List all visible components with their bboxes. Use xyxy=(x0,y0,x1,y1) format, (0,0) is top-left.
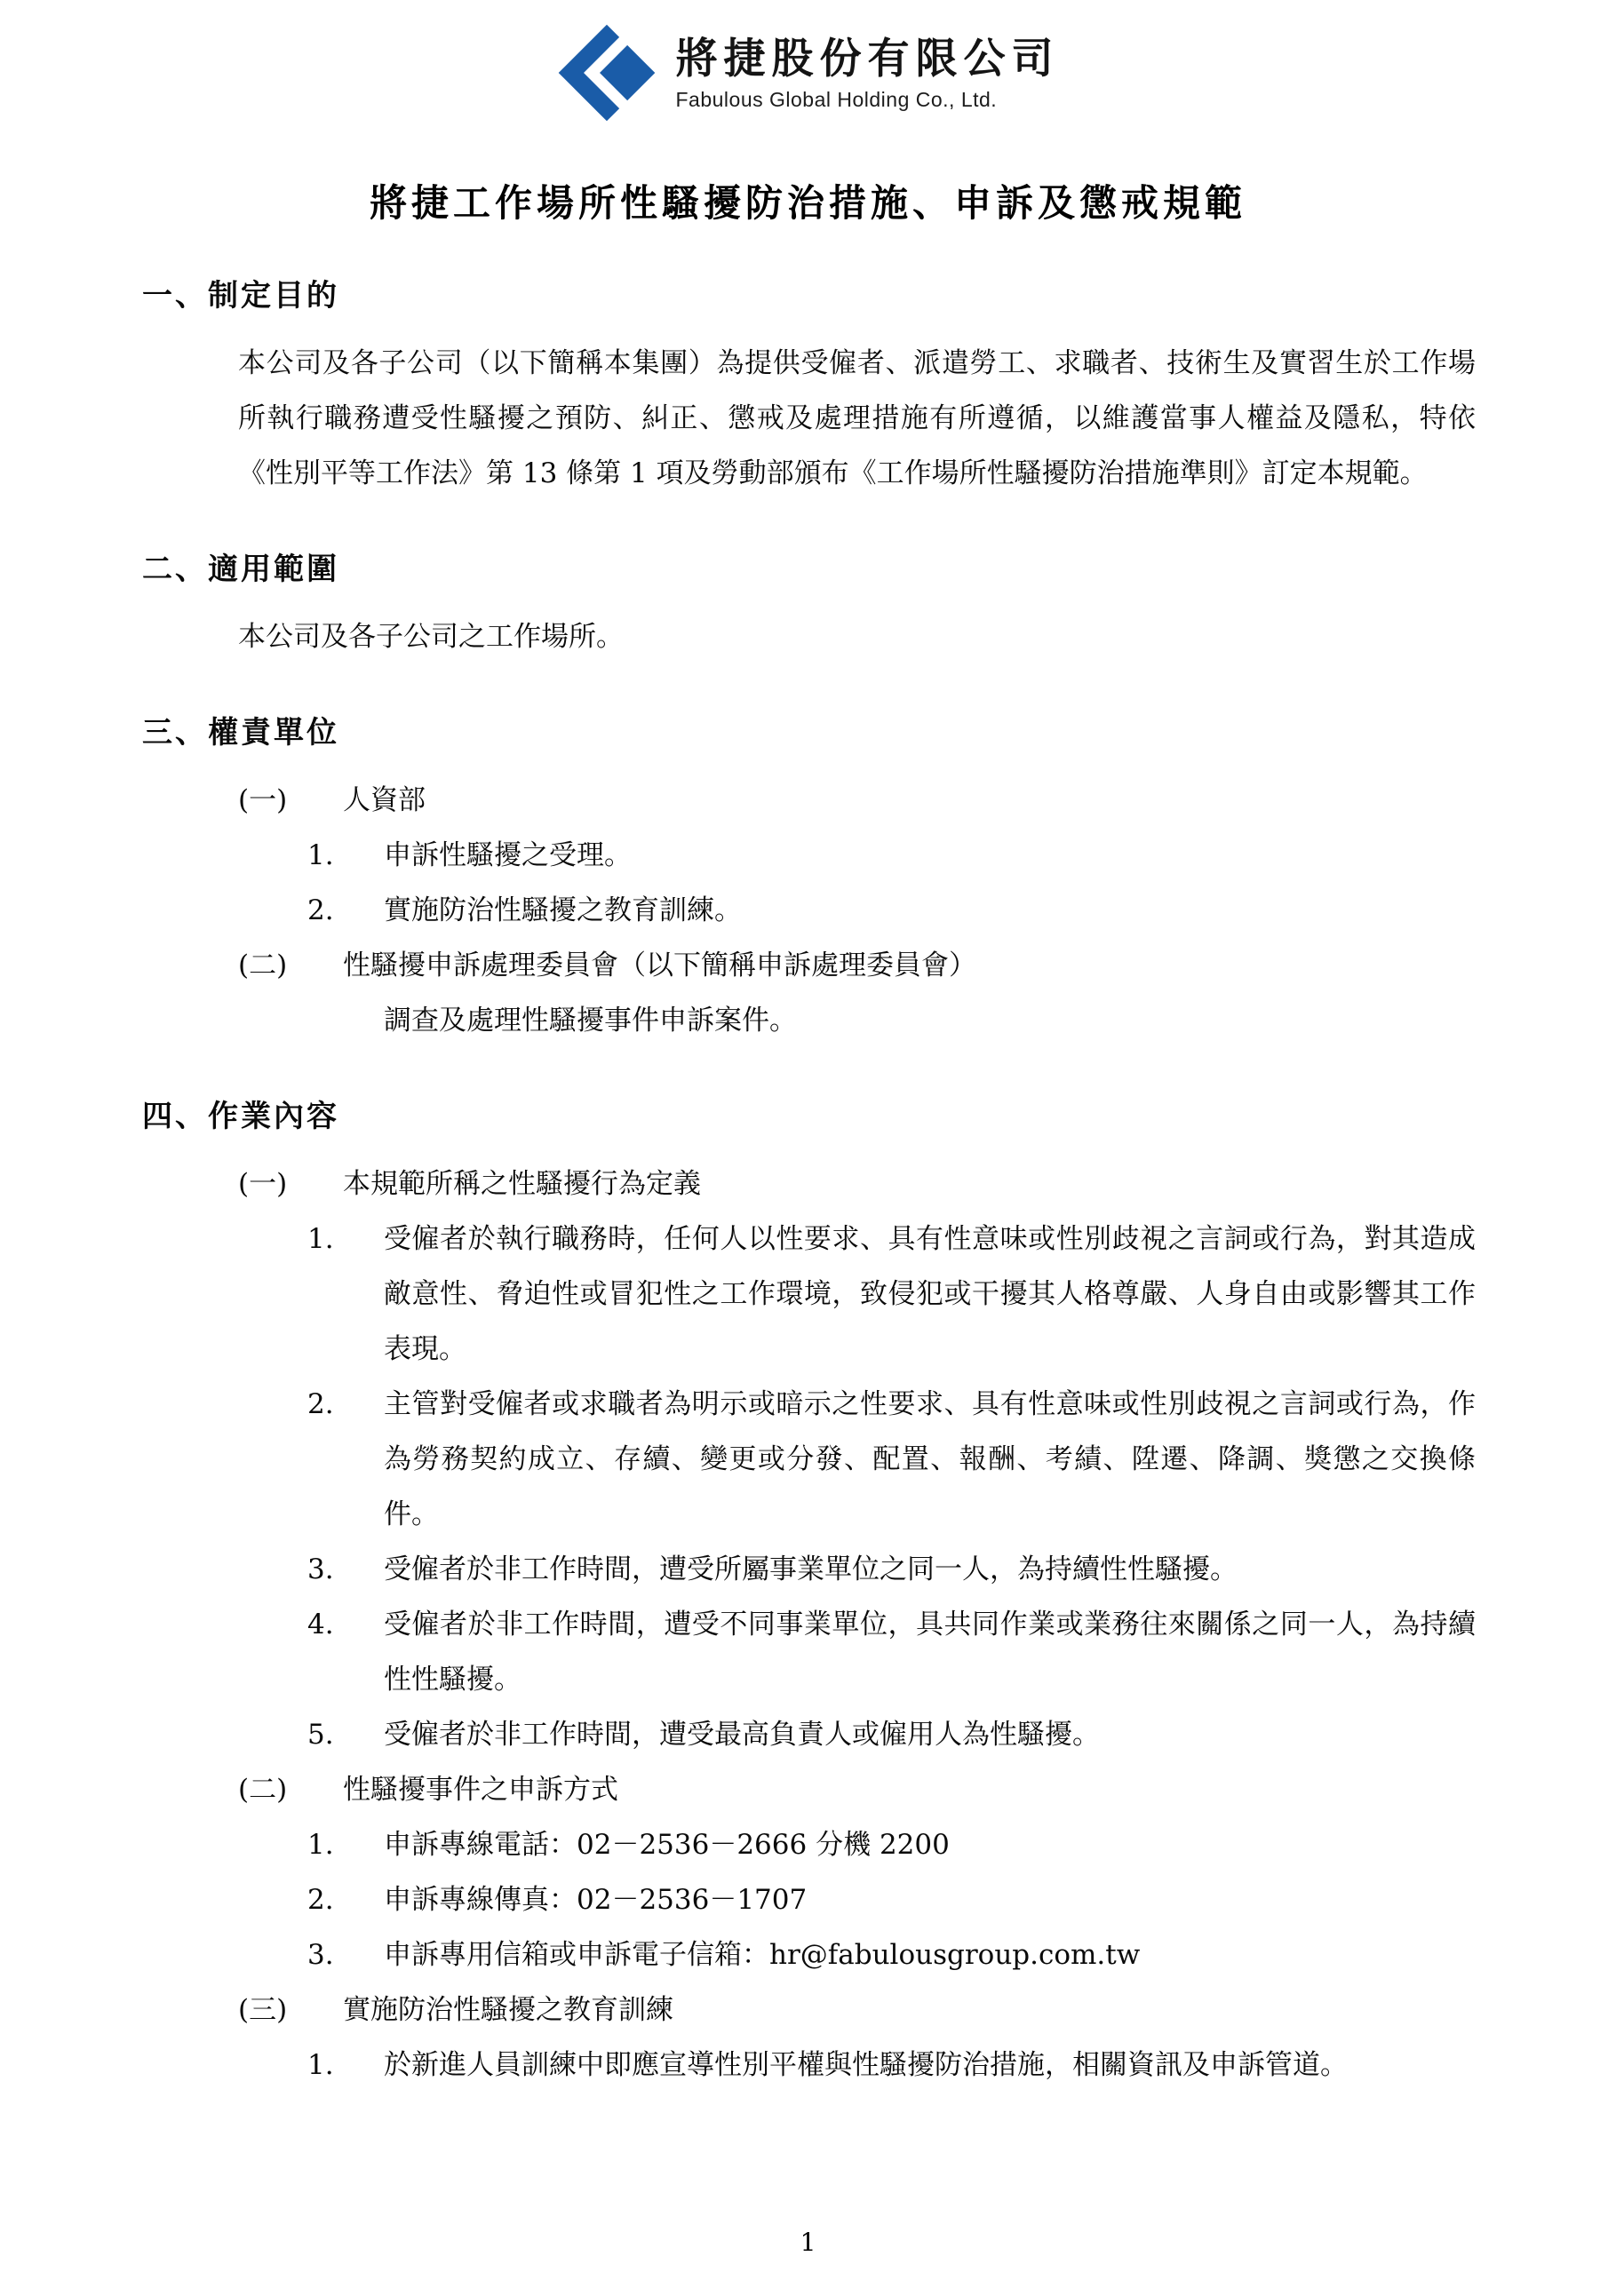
list-item: 3. 受僱者於非工作時間，遭受所屬事業單位之同一人，為持續性性騷擾。 xyxy=(307,1542,1476,1597)
list-item-complaint-fax: 2. 申訴專線傳真：02－2536－1707 xyxy=(307,1872,1476,1927)
section-heading: 一、制定目的 xyxy=(142,268,1476,323)
list-item-label: 2. xyxy=(307,1377,384,1542)
list-item-text: 實施防治性騷擾之教育訓練 xyxy=(343,1982,1476,2038)
list-item: (三) 實施防治性騷擾之教育訓練 xyxy=(238,1982,1476,2038)
company-header: 將捷股份有限公司 Fabulous Global Holding Co., Lt… xyxy=(0,0,1616,123)
diamond-chevron-logo-icon xyxy=(557,23,657,123)
list-item-text: 受僱者於非工作時間，遭受所屬事業單位之同一人，為持續性性騷擾。 xyxy=(384,1542,1476,1597)
section-heading: 四、作業內容 xyxy=(142,1089,1476,1144)
list-item-text: 調查及處理性騷擾事件申訴案件。 xyxy=(384,993,1476,1048)
list-item: 5. 受僱者於非工作時間，遭受最高負責人或僱用人為性騷擾。 xyxy=(307,1707,1476,1762)
list-item: 1. 於新進人員訓練中即應宣導性別平權與性騷擾防治措施，相關資訊及申訴管道。 xyxy=(307,2038,1476,2093)
section-responsible-units: 三、權責單位 (一) 人資部 1. 申訴性騷擾之受理。 2. 實施防治性騷擾之教… xyxy=(142,705,1476,1048)
list-item: 2. 實施防治性騷擾之教育訓練。 xyxy=(307,883,1476,938)
list-item-label: 1. xyxy=(307,1817,384,1872)
list-item-text: 受僱者於執行職務時，任何人以性要求、具有性意味或性別歧視之言詞或行為，對其造成敵… xyxy=(384,1212,1476,1377)
company-name-en: Fabulous Global Holding Co., Ltd. xyxy=(676,88,998,112)
list-item-text: 主管對受僱者或求職者為明示或暗示之性要求、具有性意味或性別歧視之言詞或行為，作為… xyxy=(384,1377,1476,1542)
list-item-text: 申訴專用信箱或申訴電子信箱：hr@fabulousgroup.com.tw xyxy=(384,1927,1476,1982)
list-item-label: (二) xyxy=(238,938,343,993)
document-body: 一、制定目的 本公司及各子公司（以下簡稱本集團）為提供受僱者、派遣勞工、求職者、… xyxy=(0,268,1616,2093)
list-item-label: 4. xyxy=(307,1597,384,1707)
section-heading: 二、適用範圍 xyxy=(142,542,1476,597)
list-item-text: 於新進人員訓練中即應宣導性別平權與性騷擾防治措施，相關資訊及申訴管道。 xyxy=(384,2038,1476,2093)
list-item-text: 申訴性騷擾之受理。 xyxy=(384,828,1476,883)
list-item-label: 3. xyxy=(307,1927,384,1982)
list-item-label: (一) xyxy=(238,1156,343,1212)
list-item-text: 性騷擾申訴處理委員會（以下簡稱申訴處理委員會） xyxy=(343,938,1476,993)
list-item-label: 2. xyxy=(307,1872,384,1927)
list-item-label: (三) xyxy=(238,1982,343,2038)
list-item-label: 5. xyxy=(307,1707,384,1762)
list-item-text: 受僱者於非工作時間，遭受最高負責人或僱用人為性騷擾。 xyxy=(384,1707,1476,1762)
list-item: 1. 受僱者於執行職務時，任何人以性要求、具有性意味或性別歧視之言詞或行為，對其… xyxy=(307,1212,1476,1377)
list-item-text: 本規範所稱之性騷擾行為定義 xyxy=(343,1156,1476,1212)
list-item: (二) 性騷擾事件之申訴方式 xyxy=(238,1762,1476,1817)
section-heading: 三、權責單位 xyxy=(142,705,1476,760)
company-name-block: 將捷股份有限公司 Fabulous Global Holding Co., Lt… xyxy=(676,34,1060,112)
list-item: 2. 主管對受僱者或求職者為明示或暗示之性要求、具有性意味或性別歧視之言詞或行為… xyxy=(307,1377,1476,1542)
section-operations: 四、作業內容 (一) 本規範所稱之性騷擾行為定義 1. 受僱者於執行職務時，任何… xyxy=(142,1089,1476,2093)
company-name-zh: 將捷股份有限公司 xyxy=(676,34,1060,86)
list-item-text: 人資部 xyxy=(343,773,1476,828)
list-item-text: 申訴專線傳真：02－2536－1707 xyxy=(384,1872,1476,1927)
list-item-complaint-email: 3. 申訴專用信箱或申訴電子信箱：hr@fabulousgroup.com.tw xyxy=(307,1927,1476,1982)
section-purpose: 一、制定目的 本公司及各子公司（以下簡稱本集團）為提供受僱者、派遣勞工、求職者、… xyxy=(142,268,1476,501)
list-item-label: 1. xyxy=(307,828,384,883)
list-item-text: 性騷擾事件之申訴方式 xyxy=(343,1762,1476,1817)
list-item-label: (一) xyxy=(238,773,343,828)
list-item: 調查及處理性騷擾事件申訴案件。 xyxy=(307,993,1476,1048)
list-item-complaint-phone: 1. 申訴專線電話：02－2536－2666 分機 2200 xyxy=(307,1817,1476,1872)
list-item: 4. 受僱者於非工作時間，遭受不同事業單位，具共同作業或業務往來關係之同一人，為… xyxy=(307,1597,1476,1707)
list-item: (一) 人資部 xyxy=(238,773,1476,828)
list-item-label: 1. xyxy=(307,2038,384,2093)
page-number: 1 xyxy=(0,2228,1616,2257)
list-item: (二) 性騷擾申訴處理委員會（以下簡稱申訴處理委員會） xyxy=(238,938,1476,993)
document-page: 將捷股份有限公司 Fabulous Global Holding Co., Lt… xyxy=(0,0,1616,2296)
list-item-label: 3. xyxy=(307,1542,384,1597)
section-paragraph: 本公司及各子公司（以下簡稱本集團）為提供受僱者、派遣勞工、求職者、技術生及實習生… xyxy=(238,336,1476,501)
section-paragraph: 本公司及各子公司之工作場所。 xyxy=(238,609,1476,664)
list-item: 1. 申訴性騷擾之受理。 xyxy=(307,828,1476,883)
list-item-label: 1. xyxy=(307,1212,384,1377)
section-scope: 二、適用範圍 本公司及各子公司之工作場所。 xyxy=(142,542,1476,664)
list-item-label: 2. xyxy=(307,883,384,938)
list-item-text: 實施防治性騷擾之教育訓練。 xyxy=(384,883,1476,938)
list-item-label xyxy=(307,993,384,1048)
list-item-text: 申訴專線電話：02－2536－2666 分機 2200 xyxy=(384,1817,1476,1872)
list-item-label: (二) xyxy=(238,1762,343,1817)
list-item-text: 受僱者於非工作時間，遭受不同事業單位，具共同作業或業務往來關係之同一人，為持續性… xyxy=(384,1597,1476,1707)
document-title: 將捷工作場所性騷擾防治措施、申訴及懲戒規範 xyxy=(0,174,1616,227)
list-item: (一) 本規範所稱之性騷擾行為定義 xyxy=(238,1156,1476,1212)
